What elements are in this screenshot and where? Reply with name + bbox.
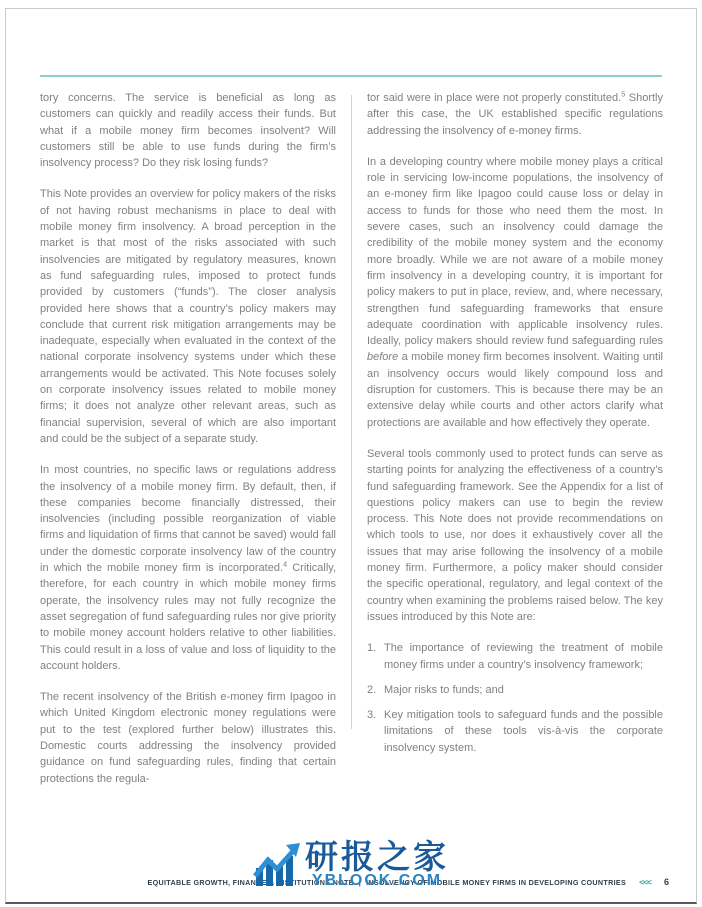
list-item: 3. Key mitigation tools to safeguard fun… [367, 707, 663, 756]
paragraph: tory concerns. The service is beneficial… [40, 90, 336, 171]
list-item-text: The importance of reviewing the treatmen… [384, 640, 663, 673]
list-item: 2. Major risks to funds; and [367, 682, 663, 698]
paragraph: In a developing country where mobile mon… [367, 154, 663, 431]
footer-separator: | [359, 878, 361, 887]
list-item: 1. The importance of reviewing the treat… [367, 640, 663, 673]
page-number: 6 [664, 877, 669, 887]
right-column: tor said were in place were not properly… [367, 90, 663, 765]
footer-doc-title: INSOLVENCY OF MOBILE MONEY FIRMS IN DEVE… [366, 878, 626, 887]
list-item-number: 1. [367, 640, 384, 673]
footer: EQUITABLE GROWTH, FINANCE & INSTITUTIONS… [148, 877, 669, 887]
paragraph: The recent insolvency of the British e-m… [40, 689, 336, 787]
paragraph: This Note provides an overview for polic… [40, 186, 336, 447]
list-item-text: Key mitigation tools to safeguard funds … [384, 707, 663, 756]
paragraph: tor said were in place were not properly… [367, 90, 663, 139]
list-item-text: Major risks to funds; and [384, 682, 663, 698]
list-item-number: 2. [367, 682, 384, 698]
paragraph: In most countries, no specific laws or r… [40, 462, 336, 674]
paragraph: Several tools commonly used to protect f… [367, 446, 663, 625]
list-item-number: 3. [367, 707, 384, 756]
footer-series-title: EQUITABLE GROWTH, FINANCE & INSTITUTIONS… [148, 878, 354, 887]
watermark-title: 研报之家 [305, 840, 449, 873]
header-rule [40, 75, 662, 77]
footer-titles: EQUITABLE GROWTH, FINANCE & INSTITUTIONS… [148, 878, 627, 887]
left-column: tory concerns. The service is beneficial… [40, 90, 336, 802]
chevrons-left-icon: <<< [639, 877, 651, 887]
column-divider [351, 95, 352, 729]
numbered-list: 1. The importance of reviewing the treat… [367, 640, 663, 756]
